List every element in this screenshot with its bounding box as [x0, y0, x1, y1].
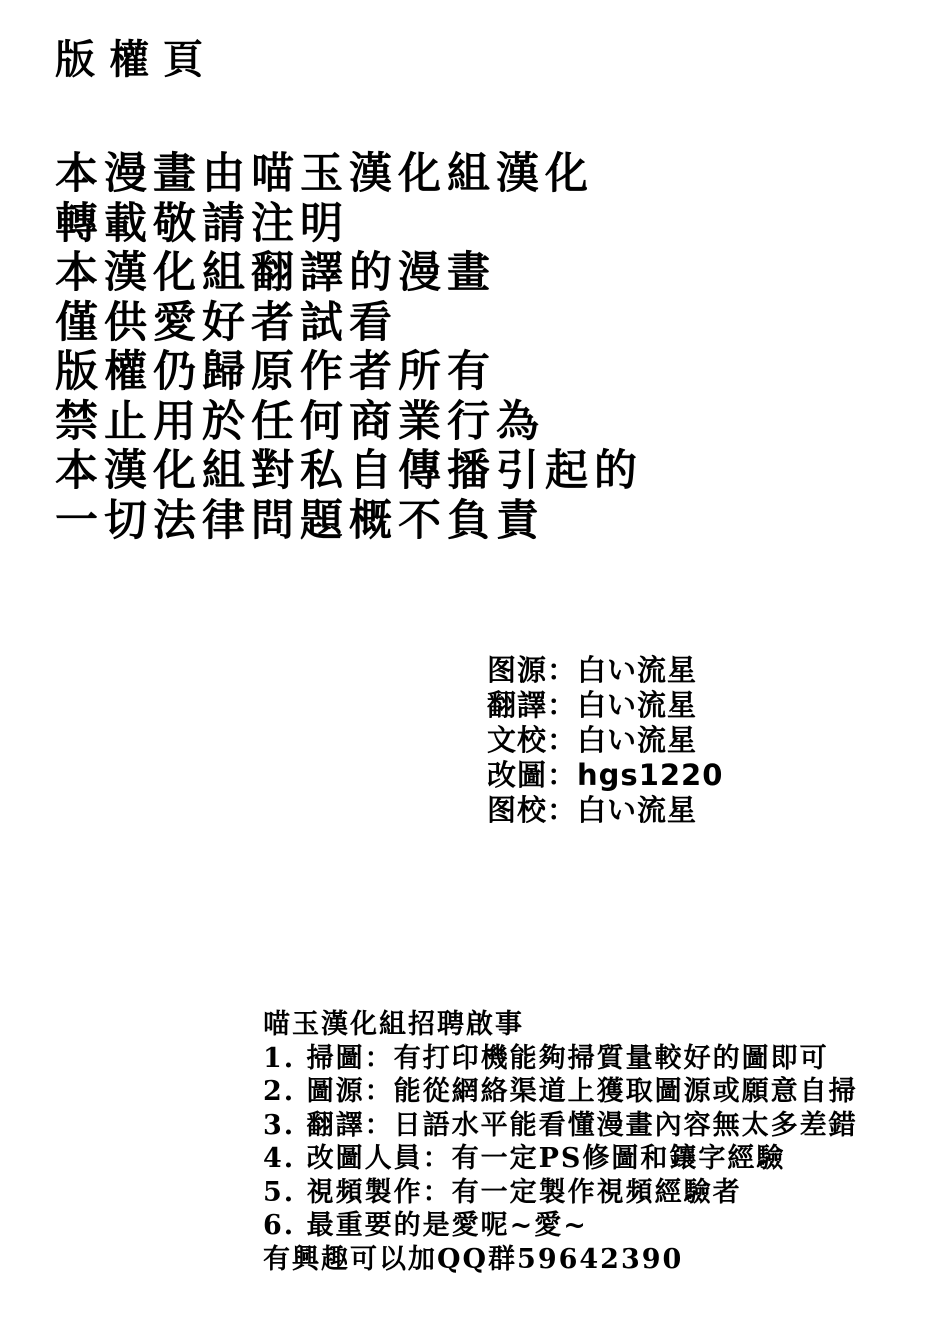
credit-separator: ：	[547, 723, 577, 757]
credit-row: 文校：白い流星	[487, 723, 723, 758]
credit-separator: ：	[547, 653, 577, 687]
page-title: 版權頁	[55, 28, 217, 85]
disclaimer-line: 轉載敬請注明	[55, 200, 643, 250]
credit-name: 白い流星	[577, 653, 697, 687]
credits-block: 图源：白い流星 翻譯：白い流星 文校：白い流星 改圖：hgs1220 图校：白い…	[487, 653, 723, 828]
credit-role: 文校	[487, 723, 547, 757]
credit-name: hgs1220	[577, 758, 723, 792]
recruitment-item: 4. 改圖人員：有一定PS修圖和鑲字經驗	[263, 1142, 858, 1176]
disclaimer-block: 本漫畫由喵玉漢化組漢化 轉載敬請注明 本漢化組翻譯的漫畫 僅供愛好者試看 版權仍…	[55, 150, 643, 546]
credit-separator: ：	[547, 758, 577, 792]
disclaimer-line: 僅供愛好者試看	[55, 299, 643, 349]
recruitment-item: 2. 圖源：能從網絡渠道上獲取圖源或願意自掃	[263, 1075, 858, 1109]
credit-separator: ：	[547, 793, 577, 827]
recruitment-item: 1. 掃圖：有打印機能夠掃質量較好的圖即可	[263, 1042, 858, 1076]
disclaimer-line: 本漢化組對私自傳播引起的	[55, 447, 643, 497]
recruitment-item: 3. 翻譯：日語水平能看懂漫畫內容無太多差錯	[263, 1109, 858, 1143]
credit-name: 白い流星	[577, 688, 697, 722]
credit-row: 图源：白い流星	[487, 653, 723, 688]
scanned-credits-page: 版權頁 本漫畫由喵玉漢化組漢化 轉載敬請注明 本漢化組翻譯的漫畫 僅供愛好者試看…	[0, 0, 940, 1339]
credit-name: 白い流星	[577, 793, 697, 827]
credit-role: 改圖	[487, 758, 547, 792]
credit-row: 图校：白い流星	[487, 793, 723, 828]
credit-name: 白い流星	[577, 723, 697, 757]
recruitment-block: 喵玉漢化組招聘啟事 1. 掃圖：有打印機能夠掃質量較好的圖即可 2. 圖源：能從…	[263, 1008, 858, 1276]
disclaimer-line: 一切法律問題概不負責	[55, 497, 643, 547]
credit-role: 图校	[487, 793, 547, 827]
disclaimer-line: 本漫畫由喵玉漢化組漢化	[55, 150, 643, 200]
credit-separator: ：	[547, 688, 577, 722]
recruitment-heading: 喵玉漢化組招聘啟事	[263, 1008, 858, 1042]
credit-row: 改圖：hgs1220	[487, 758, 723, 793]
recruitment-item: 6. 最重要的是愛呢~愛~	[263, 1209, 858, 1243]
credit-role: 图源	[487, 653, 547, 687]
recruitment-item: 5. 視頻製作：有一定製作視頻經驗者	[263, 1176, 858, 1210]
disclaimer-line: 版權仍歸原作者所有	[55, 348, 643, 398]
credit-role: 翻譯	[487, 688, 547, 722]
disclaimer-line: 本漢化組翻譯的漫畫	[55, 249, 643, 299]
recruitment-contact: 有興趣可以加QQ群59642390	[263, 1243, 858, 1277]
credit-row: 翻譯：白い流星	[487, 688, 723, 723]
disclaimer-line: 禁止用於任何商業行為	[55, 398, 643, 448]
